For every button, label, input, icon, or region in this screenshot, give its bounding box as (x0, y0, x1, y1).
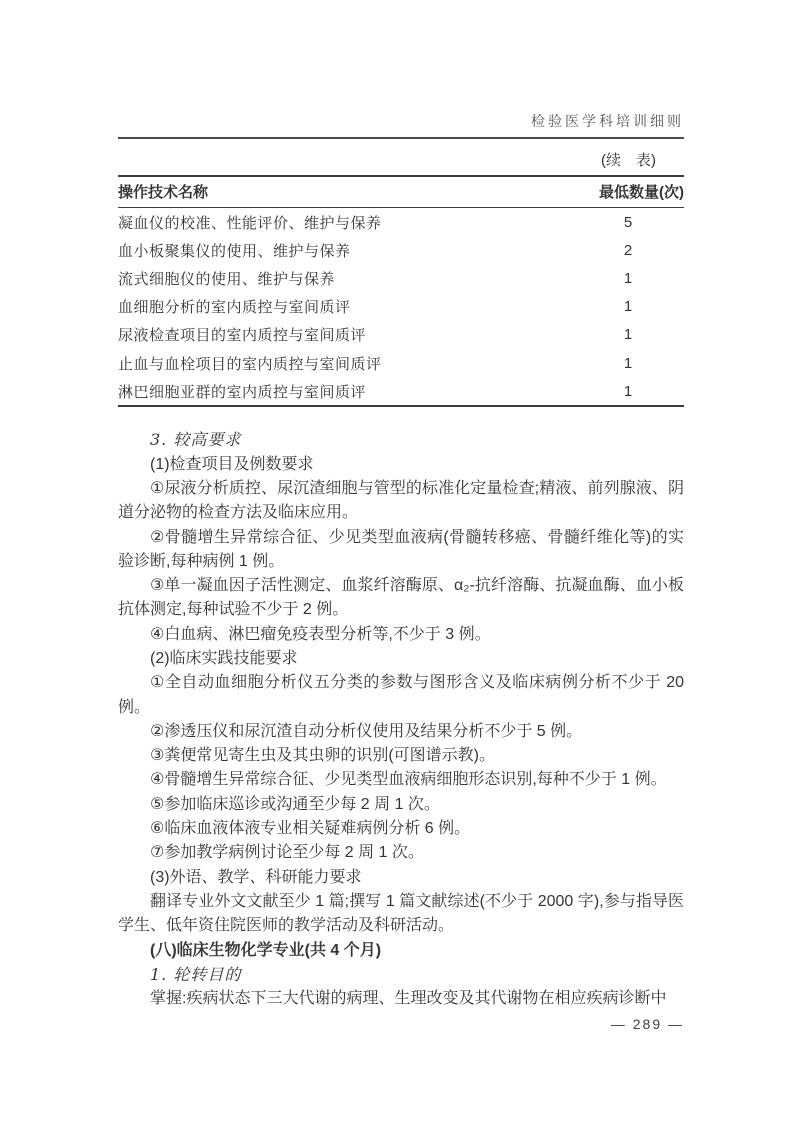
procedure-count-cell: 1 (572, 349, 684, 377)
procedure-count-cell: 2 (572, 236, 684, 264)
procedure-name-cell: 凝血仪的校准、性能评价、维护与保养 (118, 208, 572, 237)
running-header: 检验医学科培训细则 (118, 112, 684, 130)
table-row: 血细胞分析的室内质控与室间质评 1 (118, 293, 684, 321)
paragraph: ④骨髓增生异常综合征、少见类型血液病细胞形态识别,每种不少于 1 例。 (118, 768, 684, 792)
table-header-row: 操作技术名称 最低数量(次) (118, 176, 684, 208)
paragraph: ④白血病、淋巴瘤免疫表型分析等,不少于 3 例。 (118, 623, 684, 647)
paragraph: (2)临床实践技能要求 (118, 647, 684, 671)
page-content: 检验医学科培训细则 (续 表) 操作技术名称 最低数量(次) 凝血仪的校准、性能… (118, 112, 684, 1032)
procedure-count-cell: 1 (572, 264, 684, 292)
paragraph: ⑦参加教学病例讨论至少每 2 周 1 次。 (118, 841, 684, 865)
procedure-count-cell: 1 (572, 321, 684, 349)
procedure-name-cell: 尿液检查项目的室内质控与室间质评 (118, 321, 572, 349)
paragraph: ③单一凝血因子活性测定、血浆纤溶酶原、α₂-抗纤溶酶、抗凝血酶、血小板抗体测定,… (118, 574, 684, 623)
paragraph: (3)外语、教学、科研能力要求 (118, 866, 684, 890)
paragraph: ⑤参加临床巡诊或沟通至少每 2 周 1 次。 (118, 793, 684, 817)
table-row: 尿液检查项目的室内质控与室间质评 1 (118, 321, 684, 349)
procedure-count-cell: 1 (572, 377, 684, 406)
paragraph: ②渗透压仪和尿沉渣自动分析仪使用及结果分析不少于 5 例。 (118, 720, 684, 744)
table-row: 流式细胞仪的使用、维护与保养 1 (118, 264, 684, 292)
column-header-count: 最低数量(次) (572, 176, 684, 208)
procedure-name-cell: 血细胞分析的室内质控与室间质评 (118, 293, 572, 321)
procedure-name-cell: 血小板聚集仪的使用、维护与保养 (118, 236, 572, 264)
table-body: 凝血仪的校准、性能评价、维护与保养 5 血小板聚集仪的使用、维护与保养 2 流式… (118, 208, 684, 407)
paragraph: 掌握:疾病状态下三大代谢的病理、生理改变及其代谢物在相应疾病诊断中 (118, 987, 684, 1011)
procedures-table: 操作技术名称 最低数量(次) 凝血仪的校准、性能评价、维护与保养 5 血小板聚集… (118, 175, 684, 407)
table-row: 凝血仪的校准、性能评价、维护与保养 5 (118, 208, 684, 237)
procedure-name-cell: 淋巴细胞亚群的室内质控与室间质评 (118, 377, 572, 406)
table-row: 淋巴细胞亚群的室内质控与室间质评 1 (118, 377, 684, 406)
procedure-name-cell: 止血与血栓项目的室内质控与室间质评 (118, 349, 572, 377)
column-header-name: 操作技术名称 (118, 176, 572, 208)
procedure-count-cell: 5 (572, 208, 684, 237)
document-page: 检验医学科培训细则 (续 表) 操作技术名称 最低数量(次) 凝血仪的校准、性能… (0, 0, 800, 1131)
section-heading: 3. 较高要求 (118, 428, 684, 452)
section-heading: 1. 轮转目的 (118, 963, 684, 987)
paragraph: ①全自动血细胞分析仪五分类的参数与图形含义及临床病例分析不少于 20 例。 (118, 671, 684, 720)
table-row: 止血与血栓项目的室内质控与室间质评 1 (118, 349, 684, 377)
paragraph: ①尿液分析质控、尿沉渣细胞与管型的标准化定量检查;精液、前列腺液、阴道分泌物的检… (118, 477, 684, 526)
paragraph: 翻译专业外文文献至少 1 篇;撰写 1 篇文献综述(不少于 2000 字),参与… (118, 890, 684, 939)
body-text: 3. 较高要求 (1)检查项目及例数要求 ①尿液分析质控、尿沉渣细胞与管型的标准… (118, 428, 684, 1011)
paragraph: (1)检查项目及例数要求 (118, 453, 684, 477)
subsection-heading: (八)临床生物化学专业(共 4 个月) (118, 939, 684, 963)
page-number: — 289 — (118, 1016, 684, 1032)
paragraph: ③粪便常见寄生虫及其虫卵的识别(可图谱示教)。 (118, 744, 684, 768)
table-row: 血小板聚集仪的使用、维护与保养 2 (118, 236, 684, 264)
procedure-name-cell: 流式细胞仪的使用、维护与保养 (118, 264, 572, 292)
table-header: 操作技术名称 最低数量(次) (118, 176, 684, 208)
paragraph: ⑥临床血液体液专业相关疑难病例分析 6 例。 (118, 817, 684, 841)
paragraph: ②骨髓增生异常综合征、少见类型血液病(骨髓转移癌、骨髓纤维化等)的实验诊断,每种… (118, 526, 684, 575)
header-rule (118, 137, 684, 139)
procedure-count-cell: 1 (572, 293, 684, 321)
table-continuation-note: (续 表) (118, 152, 684, 170)
